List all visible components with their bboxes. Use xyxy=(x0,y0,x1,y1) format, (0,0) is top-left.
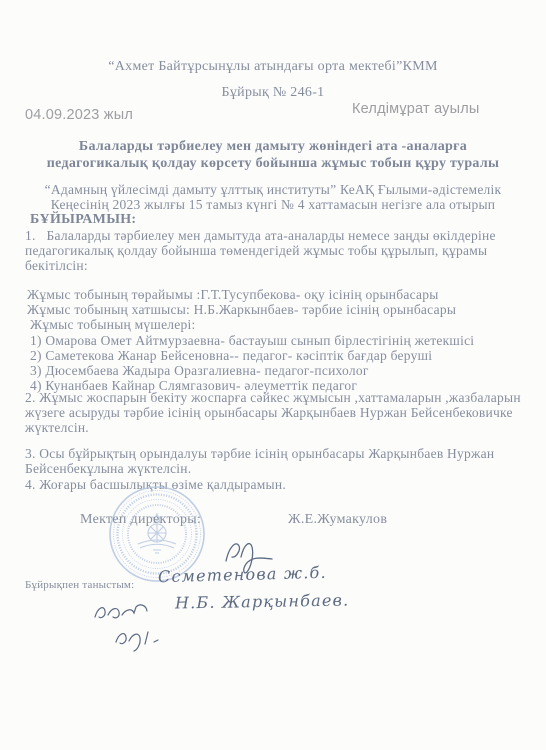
order-item-2: 2. Жұмыс жоспарын бекіту жоспарға сәйкес… xyxy=(25,390,521,436)
scan-layer: “Ахмет Байтұрсынұлы атындағы орта мектеб… xyxy=(0,0,546,750)
item2-line: 2. Жұмыс жоспарын бекіту жоспарға сәйкес… xyxy=(25,390,521,405)
order-number: Бұйрық № 246-1 xyxy=(0,85,546,101)
order-item-3: 3. Осы бұйрықтың орындалуы тәрбие ісінің… xyxy=(25,446,494,476)
subject-line: Балаларды тәрбиелеу мен дамыту жөніндегі… xyxy=(0,139,546,156)
scanned-order-document: 04.09.2023 жыл Келдімұрат ауылы “Ахмет Б… xyxy=(0,0,546,750)
workgroup-chair: Жұмыс тобының төрайымы :Г.Т.Тусупбекова-… xyxy=(27,287,474,302)
workgroup-member: 1) Омарова Омет Айтмурзаевна- бастауыш с… xyxy=(27,333,474,348)
workgroup-member: 3) Дюсембаева Жадыра Оразгалиевна- педаг… xyxy=(27,363,474,378)
decree-word: БҰЙЫРАМЫН: xyxy=(30,212,136,228)
item3-line: 3. Осы бұйрықтың орындалуы тәрбие ісінің… xyxy=(25,446,494,461)
item1-line: педагогикалық қолдау бойынша төмендегіде… xyxy=(25,243,496,258)
director-role-label: Мектеп директоры: xyxy=(80,512,201,528)
workgroup-member: 2) Саметекова Жанар Бейсеновна-- педагог… xyxy=(27,348,474,363)
preamble-line: “Адамның үйлесімді дамыту ұлттық институ… xyxy=(0,182,546,197)
preamble: “Адамның үйлесімді дамыту ұлттық институ… xyxy=(0,182,546,212)
ack-signer-1: Ссметенова ж.б. xyxy=(158,563,327,586)
item1-line: бекітілсін: xyxy=(25,258,496,273)
item1-line: 1. Балаларды тәрбиелеу мен дамытуда ата-… xyxy=(25,228,496,243)
preamble-line: Кеңесінің 2023 жылғы 15 тамыз күнгі № 4 … xyxy=(0,197,546,212)
organization-name: “Ахмет Байтұрсынұлы атындағы орта мектеб… xyxy=(0,59,546,75)
workgroup-members-label: Жұмыс тобының мүшелері: xyxy=(27,317,474,332)
item2-line: жүктелсін. xyxy=(25,420,521,435)
order-subject: Балаларды тәрбиелеу мен дамыту жөніндегі… xyxy=(0,139,546,172)
subject-line: педагогикалық қолдау көрсету бойынша жұм… xyxy=(0,156,546,173)
ack-signer-2: Н.Б. Жарқынбаев. xyxy=(175,590,350,612)
order-item-1: 1. Балаларды тәрбиелеу мен дамытуда ата-… xyxy=(25,228,496,274)
item3-line: Бейсенбекұлына жүктелсін. xyxy=(25,461,494,476)
ack-signature-squiggle-icon xyxy=(112,590,164,688)
workgroup-secretary: Жұмыс тобының хатшысы: Н.Б.Жаркынбаев- т… xyxy=(27,302,474,317)
item2-line: жүзеге асыруды тәрбие ісінің орынбасары … xyxy=(25,405,521,420)
workgroup-list: Жұмыс тобының төрайымы :Г.Т.Тусупбекова-… xyxy=(27,287,474,393)
director-name: Ж.Е.Жумакулов xyxy=(288,512,387,528)
